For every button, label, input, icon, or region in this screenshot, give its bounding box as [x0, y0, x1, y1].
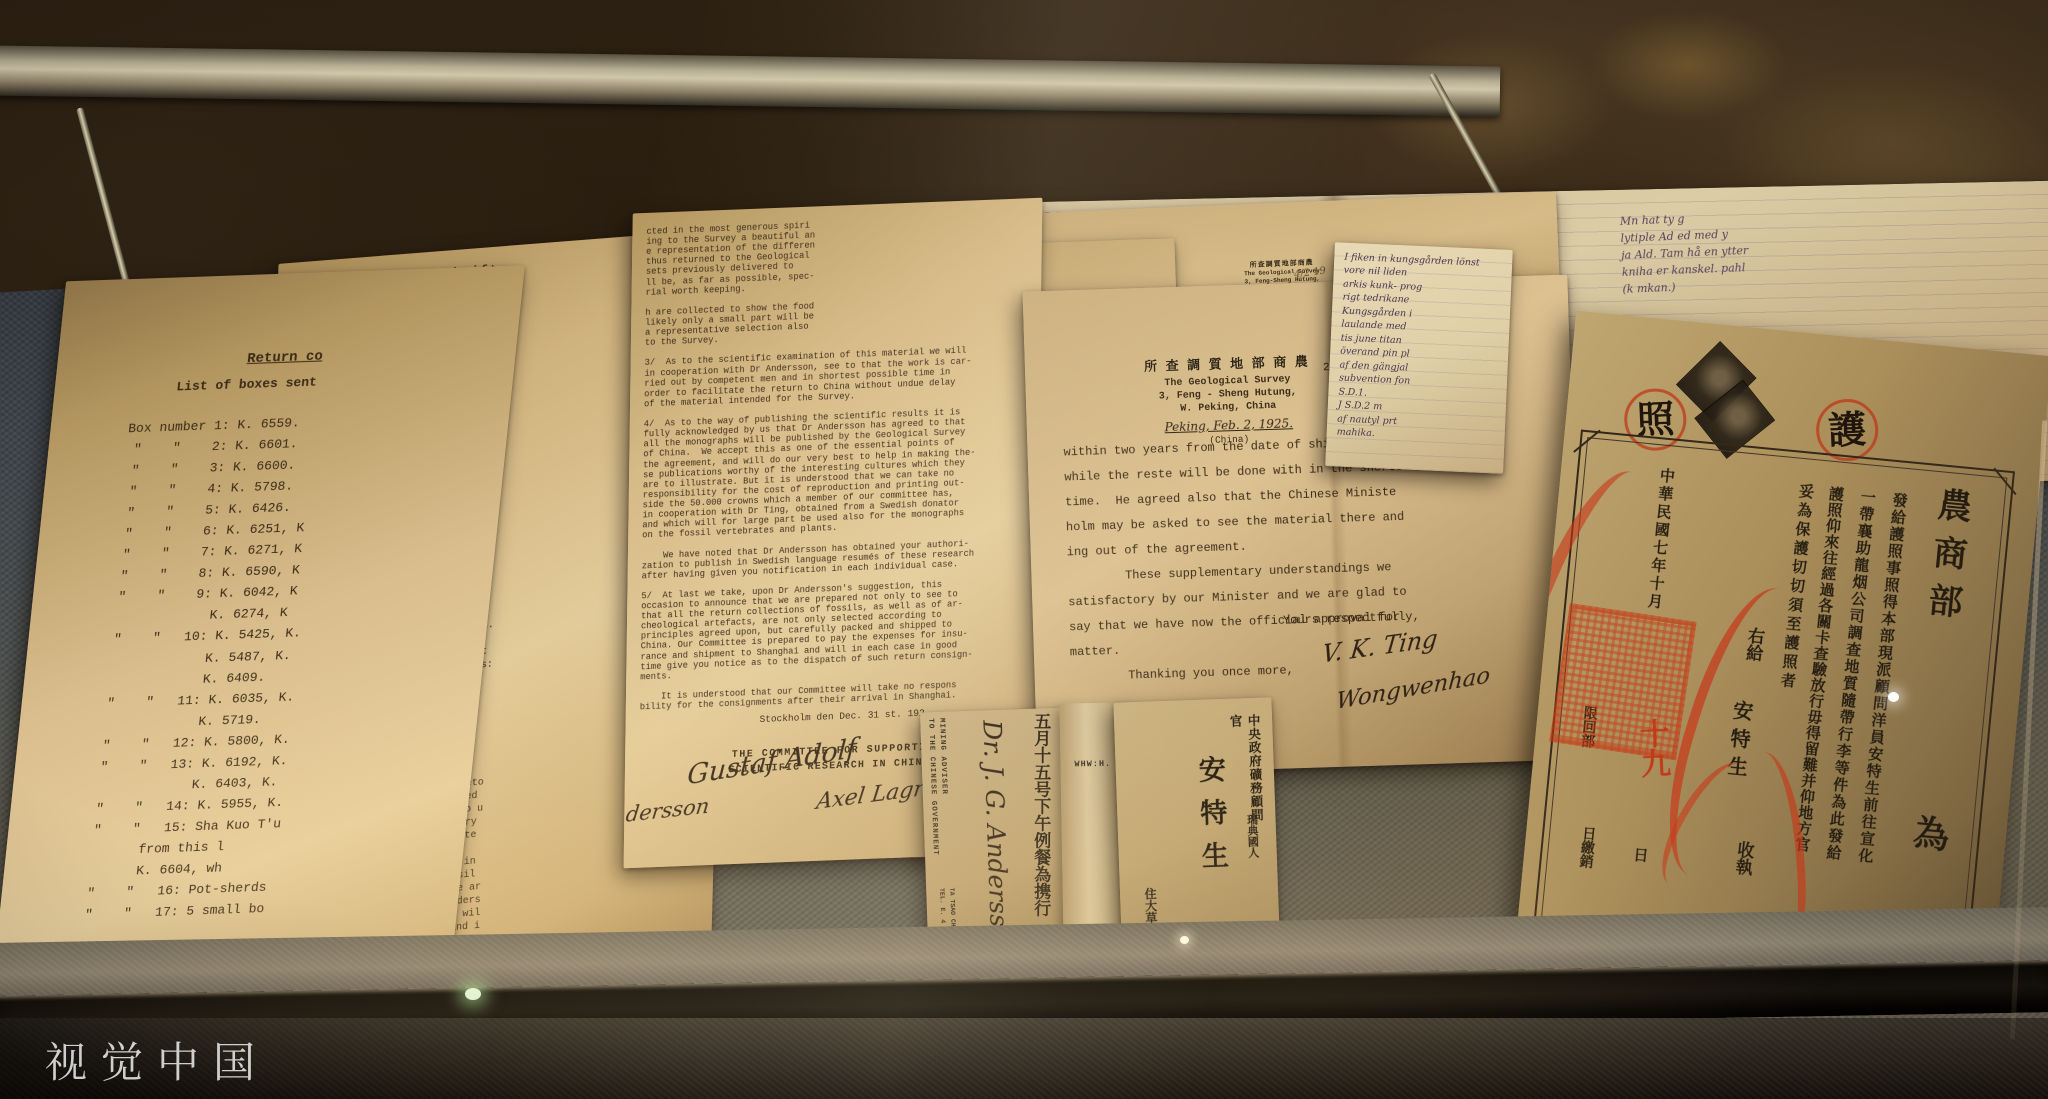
letterhead-english: The Geological Survey 3, Feng - Sheng Hu…: [1143, 373, 1312, 417]
note-lines: I fiken in kungsgården lönst vore nil li…: [1336, 251, 1506, 447]
letterhead-chinese: 所 查 調 質 地 部 商 農: [1143, 351, 1312, 375]
watermark-visual-china: 视觉中国: [45, 1030, 269, 1090]
card-handwritten-chinese: 五月十五号下午例餐為携行: [1028, 713, 1053, 953]
passport-wei-large-char: 為: [1902, 812, 1956, 853]
letter-body: cted in the most generous spiri ing to t…: [640, 212, 1034, 713]
passport-return-limit-bottom: 日繳銷: [1575, 825, 1599, 869]
signature-gustaf-adolf: Gustaf Adolf: [686, 733, 857, 792]
card-title: 中央政府礦務顧問官: [1226, 714, 1266, 825]
document-chinese-passport: 護 照 農商部 為 發給護照事照得本部現派顧問洋員安特生前往宣化 一帶襄助龍烟公…: [1516, 311, 2048, 986]
document-handwritten-note: I fiken in kungsgården lönst vore nil li…: [1325, 242, 1513, 474]
strip-label: WHW:H.: [1074, 759, 1111, 770]
led-spotlight: [465, 988, 481, 1000]
lamp-support-rod-left: [76, 107, 132, 292]
card-english-line1: MINING ADVISER: [937, 718, 948, 795]
card-english-line2: TO THE CHINESE GOVERNMENT: [926, 718, 939, 856]
signature-andersson-partial: ndersson: [624, 793, 711, 828]
list-title: Return co: [246, 342, 505, 367]
list-subtitle: List of boxes sent: [176, 368, 502, 394]
list-lines: Box number 1: K. 6559. " " 2: K. 6601. "…: [72, 405, 499, 967]
museum-display-case-photo: S.D.2. Mn hat ty g lytiple Ad ed med y j…: [0, 0, 2048, 1099]
case-front-lower-panel: [0, 1018, 2048, 1099]
led-spotlight: [1888, 692, 1899, 702]
card-nationality: 瑞典國人: [1243, 814, 1261, 875]
led-spotlight: [1180, 936, 1189, 944]
card-name: 安特生: [1189, 755, 1235, 946]
notebook-right-lines: Mn hat ty g lytiple Ad ed med y ja Ald. …: [1620, 208, 1750, 298]
passport-day-char: 日: [1630, 846, 1652, 863]
